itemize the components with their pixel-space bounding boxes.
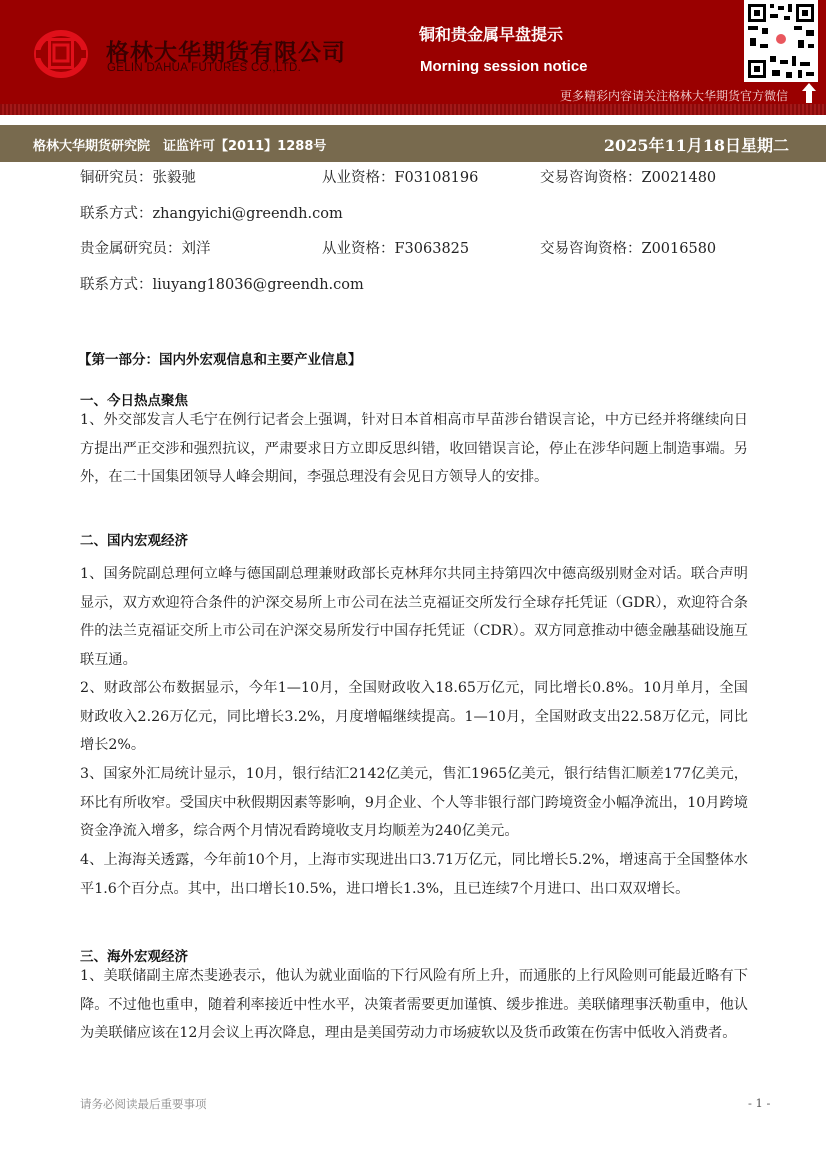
header-divider bbox=[0, 104, 826, 115]
company-name-en: GELIN DAHUA FUTURES CO.,LTD. bbox=[107, 62, 301, 74]
company-logo-icon bbox=[34, 30, 88, 78]
analyst-metals-role: 贵金属研究员：刘洋 bbox=[80, 237, 211, 258]
wechat-qr-code-icon[interactable] bbox=[744, 0, 818, 82]
hot-topics-paragraph-1: 1、外交部发言人毛宁在例行记者会上强调，针对日本首相高市早苗涉台错误言论，中方已… bbox=[80, 406, 748, 492]
section-domestic-macro-title: 二、国内宏观经济 bbox=[80, 529, 188, 549]
analyst-copper-license: 从业资格：F03108196 bbox=[322, 166, 478, 187]
domestic-macro-paragraph-4: 4、上海海关透露，今年前10个月，上海市实现进出口3.71万亿元，同比增长5.2… bbox=[80, 846, 748, 903]
analyst-copper-role: 铜研究员：张毅驰 bbox=[80, 166, 196, 187]
analyst-metals-contact[interactable]: 联系方式：liuyang18036@greendh.com bbox=[80, 273, 364, 294]
report-title-cn: 铜和贵金属早盘提示 bbox=[419, 22, 563, 45]
domestic-macro-paragraph-3: 3、国家外汇局统计显示，10月，银行结汇2142亿美元，售汇1965亿美元，银行… bbox=[80, 760, 748, 846]
overseas-macro-paragraph-1: 1、美联储副主席杰斐逊表示，他认为就业面临的下行风险有所上升，而通胀的上行风险则… bbox=[80, 962, 748, 1048]
footer-disclaimer: 请务必阅读最后重要事项 bbox=[80, 1096, 207, 1112]
arrow-up-icon bbox=[802, 83, 816, 103]
page-header: 格林大华期货有限公司 GELIN DAHUA FUTURES CO.,LTD. … bbox=[0, 0, 826, 105]
part1-title: 【第一部分：国内外宏观信息和主要产业信息】 bbox=[78, 348, 362, 368]
follow-wechat-text: 更多精彩内容请关注格林大华期货官方微信 bbox=[560, 87, 788, 104]
analyst-copper-contact[interactable]: 联系方式：zhangyichi@greendh.com bbox=[80, 202, 343, 223]
page-number: - 1 - bbox=[748, 1096, 770, 1110]
analyst-metals-license: 从业资格：F3063825 bbox=[322, 237, 469, 258]
analyst-copper-consult: 交易咨询资格：Z0021480 bbox=[540, 166, 716, 187]
analyst-metals-consult: 交易咨询资格：Z0016580 bbox=[540, 237, 716, 258]
report-title-en: Morning session notice bbox=[420, 58, 588, 75]
institute-license: 格林大华期货研究院 证监许可【2011】1288号 bbox=[33, 135, 326, 154]
domestic-macro-paragraph-1: 1、国务院副总理何立峰与德国副总理兼财政部长克林拜尔共同主持第四次中德高级别财金… bbox=[80, 560, 748, 675]
domestic-macro-paragraph-2: 2、财政部公布数据显示，今年1—10月，全国财政收入18.65万亿元，同比增长0… bbox=[80, 674, 748, 760]
institute-date-bar: 格林大华期货研究院 证监许可【2011】1288号 2025年11月18日星期二 bbox=[0, 125, 826, 162]
report-date: 2025年11月18日星期二 bbox=[604, 133, 789, 156]
